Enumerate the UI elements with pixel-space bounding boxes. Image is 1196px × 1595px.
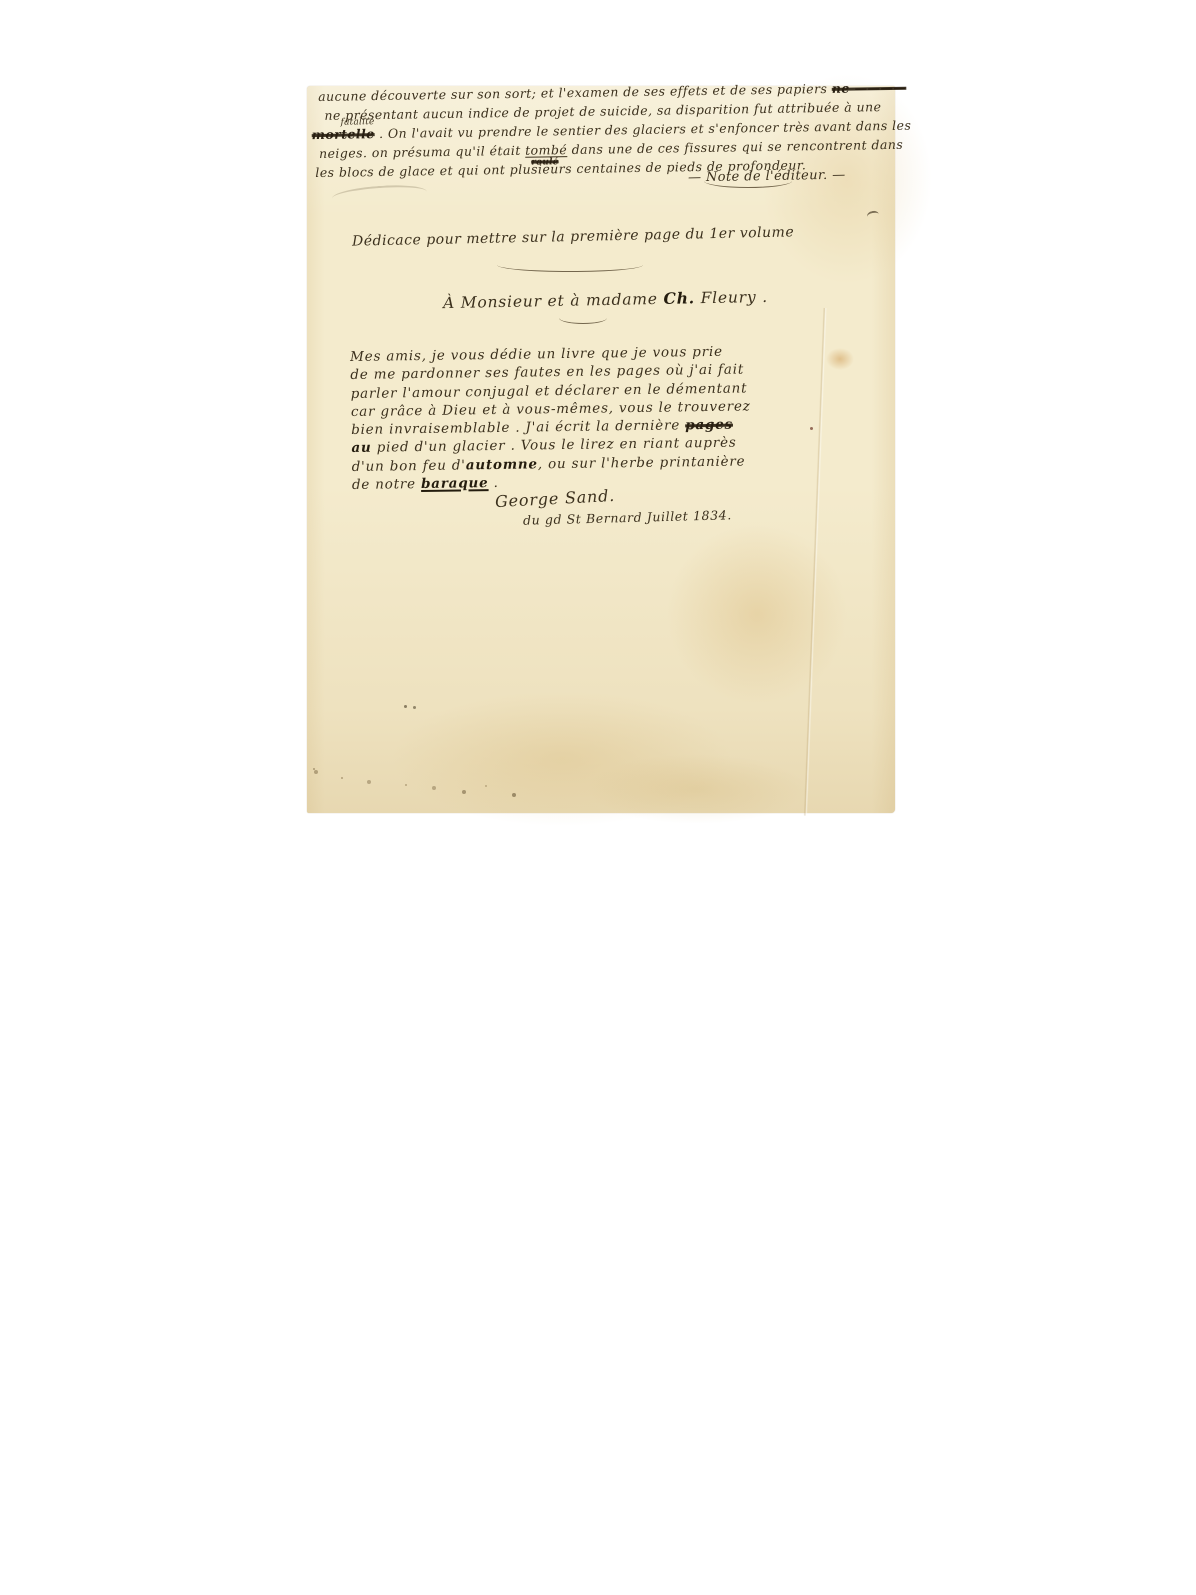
dedication-heading: Dédicace pour mettre sur la première pag… <box>352 224 794 249</box>
attribution-underline <box>704 174 792 188</box>
struck-word: mortelle <box>312 126 375 142</box>
dedication-body: Mes amis, je vous dédie un livre que je … <box>350 342 752 494</box>
note-text: neiges. on présuma qu'il était <box>319 143 525 161</box>
body-text: d'un bon feu d' <box>352 457 466 475</box>
underlined-word: tombé <box>525 142 567 158</box>
interlinear-insert-above: fatalité <box>340 117 374 128</box>
salutation-text: Fleury . <box>695 288 768 307</box>
struck-word: ne ———— <box>832 80 907 96</box>
ink-dots-pair <box>404 705 407 708</box>
dateline: du gd St Bernard Juillet 1834. <box>523 507 732 527</box>
underlined-word: baraque <box>421 475 489 492</box>
red-fleck <box>810 427 813 430</box>
struck-word: pages <box>685 417 733 434</box>
body-text: , ou sur l'herbe printanière <box>538 453 746 472</box>
scan-background: { "colors": { "background": "#ffffff", "… <box>0 0 1196 1595</box>
blot-word: automne <box>466 456 538 473</box>
salutation-underline <box>559 312 607 324</box>
manuscript-sheet: aucune découverte sur son sort; et l'exa… <box>307 86 895 813</box>
body-text: de notre <box>352 476 421 493</box>
fold-crease <box>804 308 827 816</box>
stain-bottom-band <box>587 754 807 824</box>
note-text: dans une de ces fissures qui se rencontr… <box>567 137 903 157</box>
fox-spot <box>826 348 854 370</box>
bottom-left-speckles <box>313 768 315 770</box>
stain-mid-right <box>667 524 847 704</box>
body-text: . <box>488 475 498 491</box>
salutation-text: À Monsieur et à madame <box>443 290 664 312</box>
interlinear-insert-below: roulé <box>531 157 559 167</box>
heading-flourish-underline <box>497 258 643 272</box>
salutation-line: À Monsieur et à madame Ch. Fleury . <box>443 287 768 312</box>
ink-squiggle-top-right <box>866 210 880 221</box>
blot-word: Ch. <box>663 288 695 308</box>
blot-word: au <box>351 440 371 456</box>
stain-bottom-center <box>392 691 732 826</box>
